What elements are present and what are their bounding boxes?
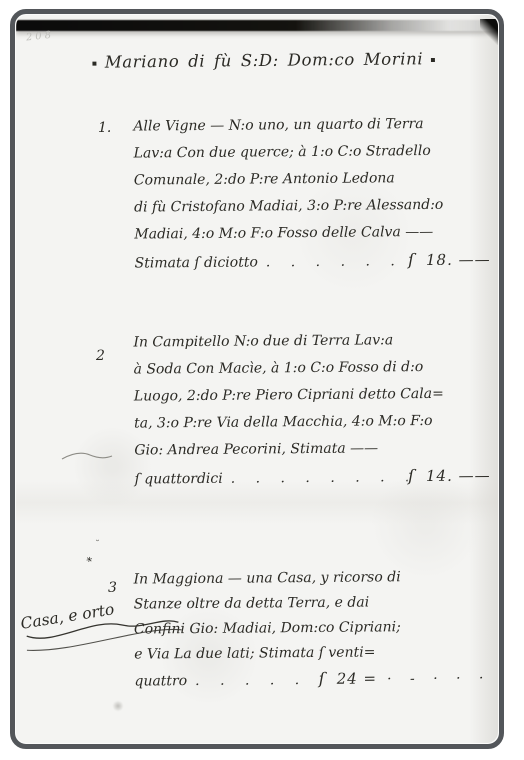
entry-line: à Soda Con Macìe, à 1:o C:o Fosso di d:o	[134, 353, 490, 383]
entry-3-amount: 24 =	[337, 666, 378, 691]
entry-line: Stanze oltre da detta Terra, e dai	[134, 589, 490, 617]
entry-line: In Maggiona — una Casa, y ricorso di	[133, 564, 489, 592]
manuscript-scan: { "page": { "pencil_note": "208", "title…	[0, 0, 524, 760]
entry-line: Luogo, 2:do P:re Piero Cipriani detto Ca…	[134, 380, 490, 410]
scan-corner-shadow	[480, 19, 498, 45]
entry-line: Madiai, 4:o M:o F:o Fosso delle Calva ——	[134, 218, 490, 248]
ink-mark-small: ˘	[95, 540, 100, 551]
currency-long-s: ſ	[408, 246, 414, 273]
trailing-dots: · - · · ·	[377, 666, 491, 692]
entry-line: ta, 3:o P:re Via della Macchia, 4:o M:o …	[134, 407, 490, 437]
entry-2-text: In Campitello N:o due di Terra Lav:a à S…	[133, 326, 490, 493]
entry-1-number: 1.	[98, 120, 111, 136]
entry-2-total-line: ſ quattordici . . . . . . . . . . ſ 14. …	[134, 461, 490, 493]
manuscript-page: 208 ▪Mariano di fù S:D: Dom:co Morini▪ 1…	[16, 15, 498, 743]
currency-long-s: ſ	[319, 666, 325, 691]
leader-dots: . . . . . . . .	[258, 248, 408, 276]
total-label: Stimata ſ diciotto	[134, 249, 257, 277]
entry-line: Lav:a Con due querce; à 1:o C:o Stradell…	[134, 137, 490, 167]
entry-1-amount: 18. ——	[426, 246, 491, 274]
entry-2-number: 2	[96, 348, 105, 364]
pencil-folio-number: 208	[26, 30, 55, 44]
stray-pen-squiggle	[60, 447, 114, 466]
entry-line: Comunale, 2:do P:re Antonio Ledona	[134, 164, 490, 194]
entry-line: Confini Gio: Madiai, Dom:co Cipriani;	[134, 614, 490, 642]
title-bullet-right: ▪	[423, 55, 443, 64]
entry-3-text: In Maggiona — una Casa, y ricorso di Sta…	[133, 564, 490, 694]
entry-line: In Campitello N:o due di Terra Lav:a	[133, 326, 489, 356]
currency-long-s: ſ	[408, 462, 414, 489]
entry-line: e Via La due lati; Stimata ſ venti=	[134, 639, 490, 667]
entry-3-number: 3	[108, 580, 117, 596]
entry-3-total-line: quattro . . . . . . . . . . ſ 24 = · - ·…	[134, 664, 490, 694]
entry-line: Alle Vigne — N:o uno, un quarto di Terra	[133, 110, 489, 140]
entry-2-amount: 14. ——	[426, 462, 491, 490]
entry-1-text: Alle Vigne — N:o uno, un quarto di Terra…	[133, 110, 490, 277]
total-label: quattro	[134, 669, 187, 694]
ink-mark: *	[85, 555, 93, 569]
page-title: ▪Mariano di fù S:D: Dom:co Morini▪	[16, 48, 498, 72]
entry-line: di fù Cristofano Madiai, 3:o P:re Alessa…	[134, 191, 490, 221]
total-label: ſ quattordici	[134, 466, 222, 494]
entry-1-total-line: Stimata ſ diciotto . . . . . . . . ſ 18.…	[134, 245, 490, 277]
title-bullet-left: ▪	[85, 59, 105, 68]
leader-dots: . . . . . . . . . .	[223, 464, 409, 493]
scan-dark-top-edge	[16, 20, 498, 31]
leader-dots: . . . . . . . . . .	[187, 668, 319, 694]
page-title-text: Mariano di fù S:D: Dom:co Morini	[105, 49, 424, 71]
entry-line: Gio: Andrea Pecorini, Stimata ——	[134, 434, 490, 464]
paper-smudge	[112, 701, 124, 711]
